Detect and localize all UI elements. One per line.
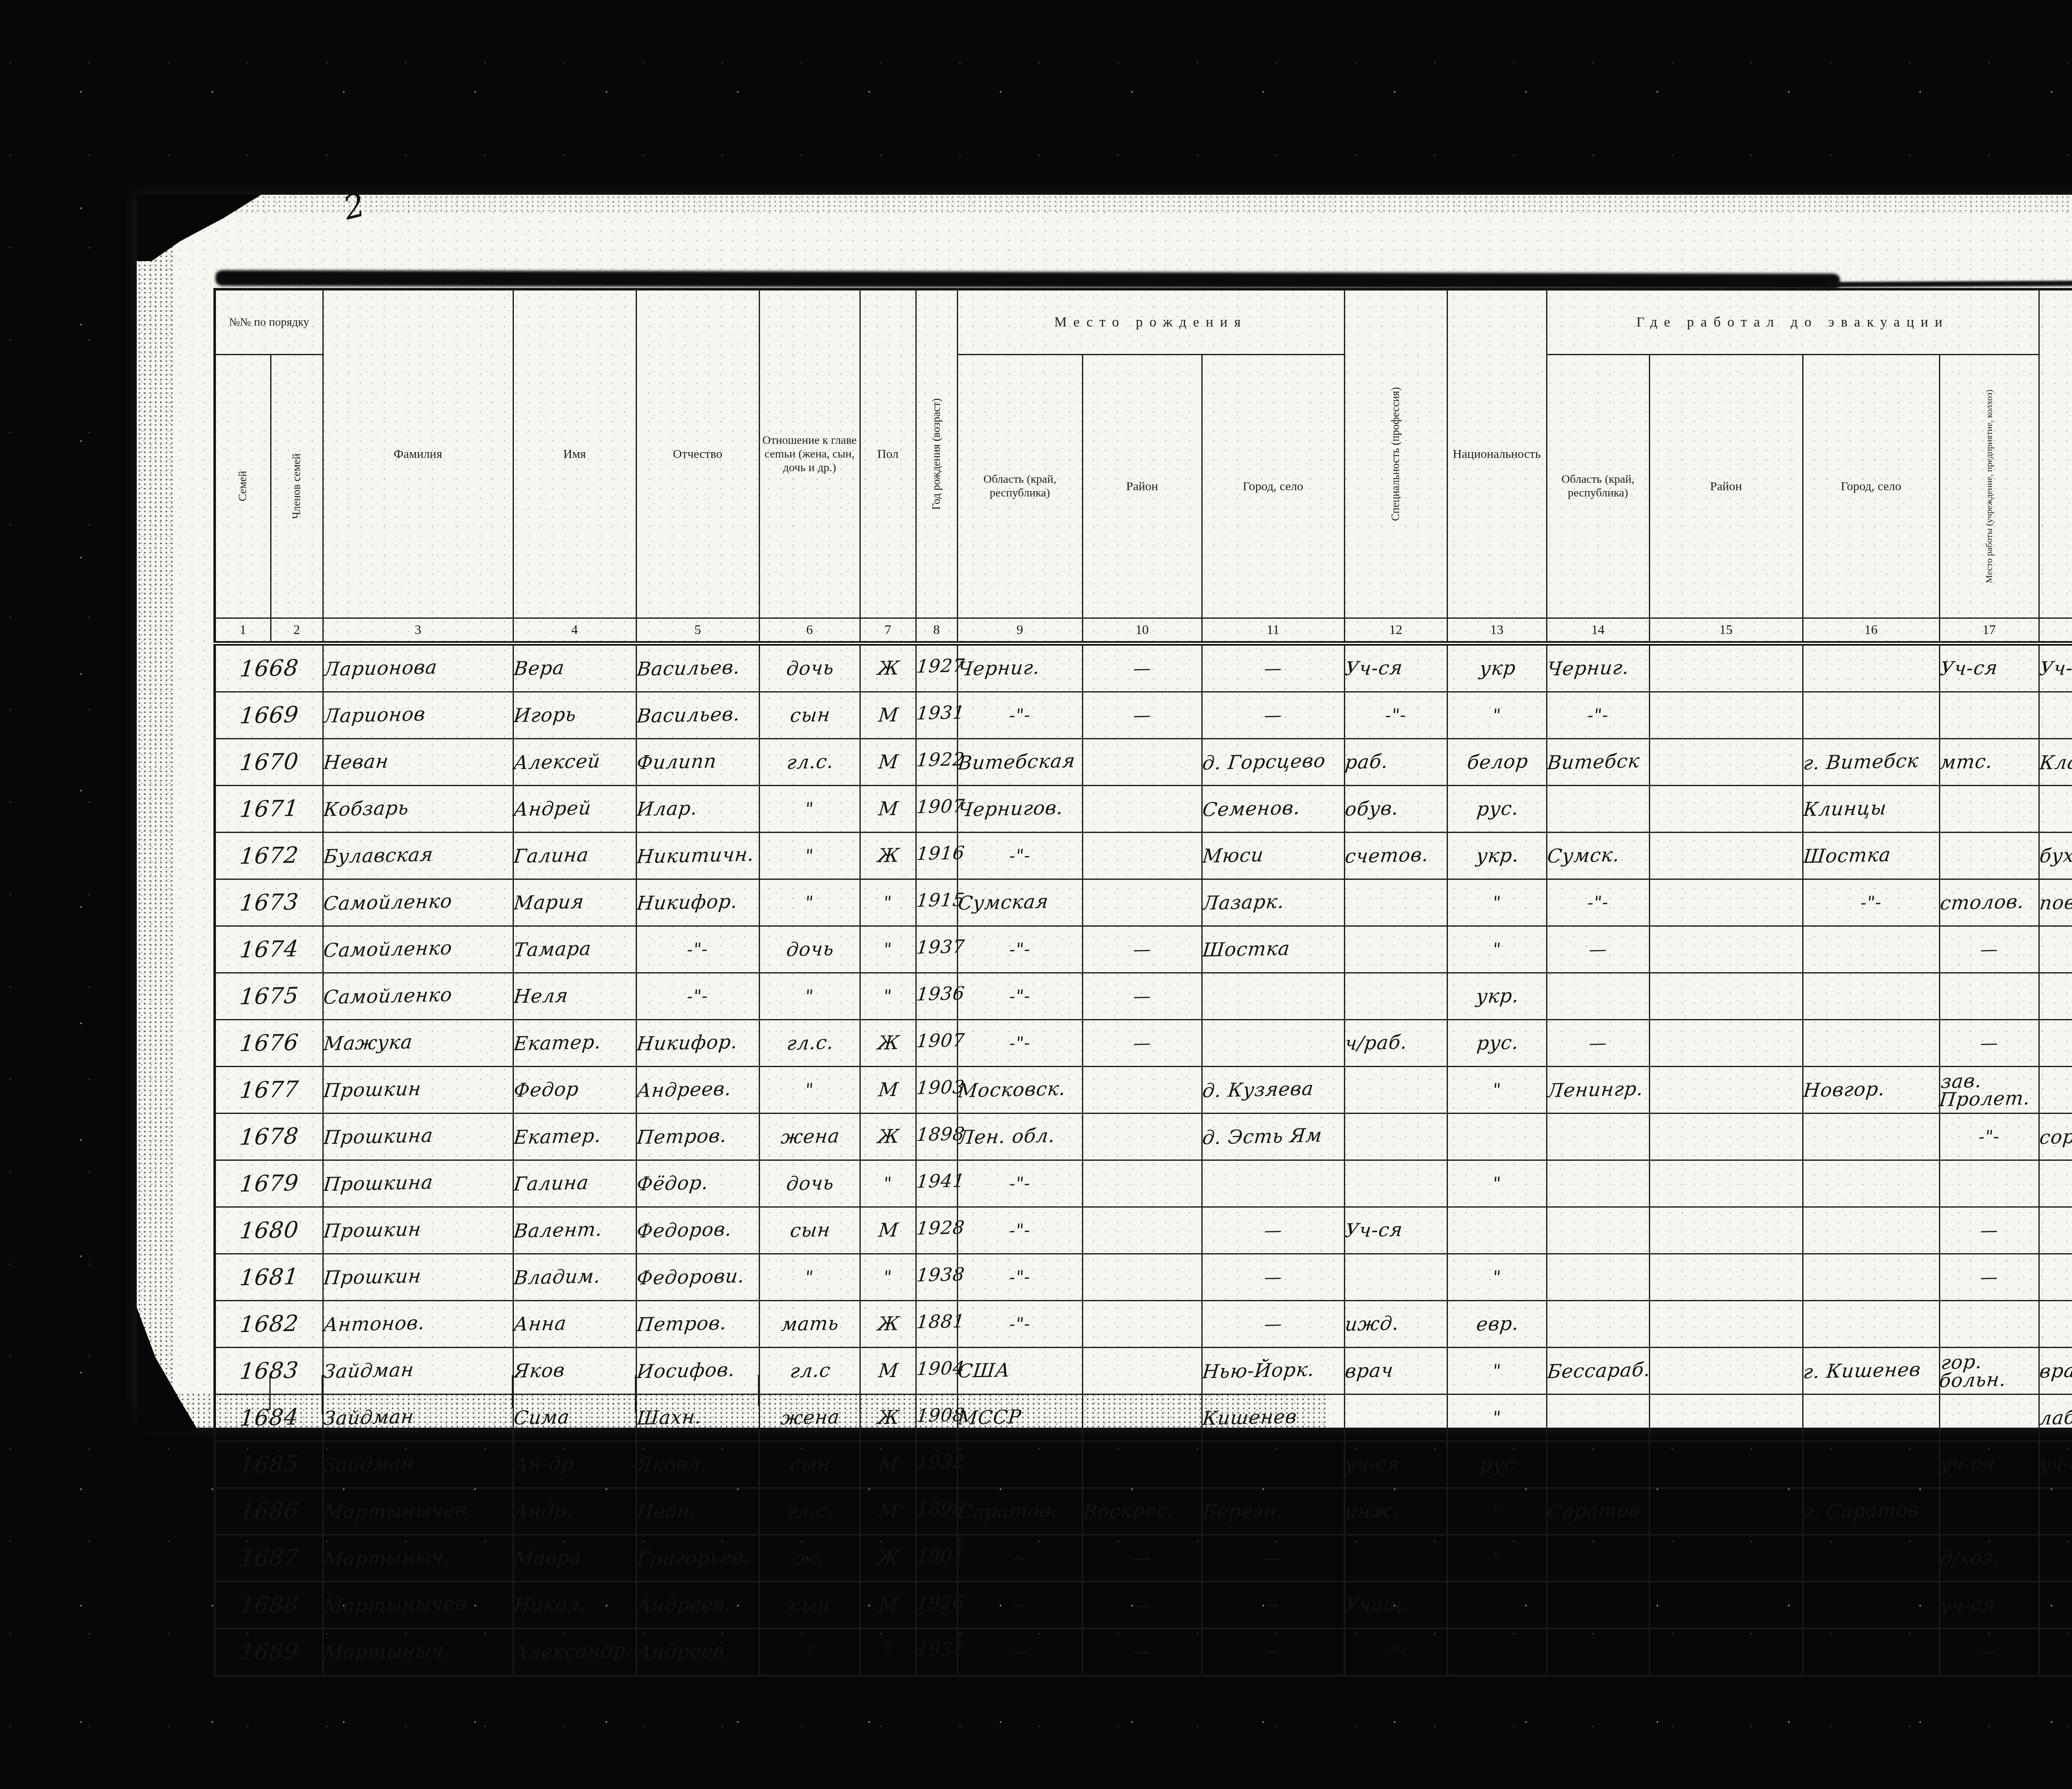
cell-surname: Самойленко (323, 879, 513, 926)
cell-work_oblast: Витебск (1547, 738, 1649, 785)
cell-birth_year: 1931 (916, 1628, 957, 1676)
cell-work_city (1803, 926, 1939, 973)
edge-noise (137, 195, 2072, 213)
cell-surname: Неван (323, 738, 513, 785)
table-row: 1677ПрошкинФедорАндреев."М1903Московск.д… (215, 1066, 2072, 1113)
cell-birth_raion: — (1082, 1628, 1202, 1676)
column-number: 2 (271, 618, 323, 643)
cell-work_oblast (1547, 1535, 1649, 1581)
cell-sex: Ж (860, 1300, 916, 1347)
cell-nationality (1447, 1628, 1547, 1676)
cell-birth_year: 1927 (916, 643, 957, 692)
cell-work_raion (1649, 1347, 1803, 1394)
cell-surname: Зайдман (323, 1394, 513, 1441)
header-patronymic: Отчество (636, 289, 759, 618)
cell-name: Екатер. (513, 1113, 636, 1160)
cell-patronymic: Андреев. (636, 1066, 759, 1113)
cell-patronymic: Яковл. (636, 1441, 759, 1488)
column-number: 4 (513, 618, 636, 643)
cell-sex: " (860, 879, 916, 926)
header-work-city: Город, село (1803, 355, 1939, 618)
table-row: 1675СамойленкоНеля-"-""1936-"-—укр. (215, 973, 2072, 1019)
cell-surname: Прошкин (323, 1066, 513, 1113)
cell-specialty: врач (1344, 1347, 1447, 1394)
cell-name: Ан-др (513, 1441, 636, 1488)
cell-no: 1689 (215, 1628, 323, 1676)
cell-birth_raion: — (1082, 1581, 1202, 1628)
cell-work_raion (1649, 1535, 1803, 1581)
cell-sex: М (860, 1441, 916, 1488)
cell-nationality: " (1447, 926, 1547, 973)
cell-relation: дочь (759, 1160, 860, 1207)
cell-sex: " (860, 1628, 916, 1676)
cell-work_place (1939, 692, 2039, 738)
cell-specialty: обув. (1344, 785, 1447, 832)
cell-specialty: -"- (1344, 692, 1447, 738)
cell-relation: " (759, 879, 860, 926)
cell-job (2039, 785, 2072, 832)
cell-patronymic: Васильев. (636, 643, 759, 692)
cell-birth_year: 1932 (916, 1441, 957, 1488)
cell-birth_oblast: Лен. обл. (957, 1113, 1082, 1160)
cell-job: лабор. (2039, 1394, 2072, 1441)
cell-surname: Прошкин (323, 1254, 513, 1300)
cell-specialty: счетов. (1344, 832, 1447, 879)
cell-work_raion (1649, 973, 1803, 1019)
table-row: 1672БулавскаяГалинаНикитичн."Ж1916-"-Мюс… (215, 832, 2072, 879)
cell-work_oblast (1547, 1254, 1649, 1300)
cell-no: 1679 (215, 1160, 323, 1207)
table-row: 1670НеванАлексейФилиппгл.с.М1922Витебска… (215, 738, 2072, 785)
torn-corner (137, 195, 261, 261)
cell-work_raion (1649, 1254, 1803, 1300)
cell-work_oblast (1547, 1441, 1649, 1488)
cell-work_oblast (1547, 1628, 1649, 1676)
cell-birth_oblast: МССР (957, 1394, 1082, 1441)
table-row: 1668ЛарионоваВераВасильев.дочьЖ1927Черни… (215, 643, 2072, 692)
cell-birth_raion: — (1082, 1019, 1202, 1066)
cell-birth_raion (1082, 738, 1202, 785)
cell-name: Галина (513, 1160, 636, 1207)
cell-specialty (1344, 1066, 1447, 1113)
cell-specialty: -"- (1344, 1628, 1447, 1676)
cell-nationality: " (1447, 1488, 1547, 1535)
header-member-no: Членов семей (271, 355, 323, 618)
cell-relation: дочь (759, 926, 860, 973)
table-row: 1676МажукаЕкатер.Никифор.гл.с.Ж1907-"-—ч… (215, 1019, 2072, 1066)
cell-name: Александр. (513, 1628, 636, 1676)
cell-no: 1676 (215, 1019, 323, 1066)
cell-birth_city: Семенов. (1202, 785, 1344, 832)
cell-no: 1688 (215, 1581, 323, 1628)
cell-birth_raion (1082, 1347, 1202, 1394)
cell-nationality: " (1447, 1254, 1547, 1300)
header-birth-city: Город, село (1202, 355, 1344, 618)
cell-work_place (1939, 832, 2039, 879)
cell-work_raion (1649, 1160, 1803, 1207)
cell-specialty: ижд. (1344, 1300, 1447, 1347)
cell-job (2039, 1254, 2072, 1300)
cell-specialty (1344, 973, 1447, 1019)
cell-relation: ж. (759, 1535, 860, 1581)
cell-surname: Мартыныч. (323, 1628, 513, 1676)
cell-patronymic: -"- (636, 973, 759, 1019)
cell-work_city (1803, 973, 1939, 1019)
cell-sex: Ж (860, 1535, 916, 1581)
cell-birth_city: Шостка (1202, 926, 1344, 973)
cell-birth_raion (1082, 1394, 1202, 1441)
header-birth-year: Год рождения (возраст) (916, 289, 957, 618)
cell-work_place: — (1939, 1254, 2039, 1300)
column-number: 10 (1082, 618, 1202, 643)
scanned-document: { "page": { "number_annotation": "462", … (0, 0, 2072, 1789)
cell-work_city (1803, 1207, 1939, 1254)
header-family-no: Семей (215, 355, 271, 618)
table-row: 1686МартынычевАндр.Иван.гл.с.М1898Сарато… (215, 1488, 2072, 1535)
cell-name: Мавра (513, 1535, 636, 1581)
cell-birth_oblast (957, 1441, 1082, 1488)
cell-specialty (1344, 1394, 1447, 1441)
cell-nationality: укр (1447, 643, 1547, 692)
cell-patronymic: Федоров. (636, 1207, 759, 1254)
cell-nationality: " (1447, 692, 1547, 738)
cell-work_oblast: — (1547, 926, 1649, 973)
cell-specialty (1344, 1535, 1447, 1581)
table-row: 1685ЗайдманАн-дрЯковл.сынМ1932уч-сярусуч… (215, 1441, 2072, 1488)
cell-nationality: рус. (1447, 1019, 1547, 1066)
cell-work_raion (1649, 1066, 1803, 1113)
cell-sex: М (860, 1488, 916, 1535)
cell-relation: сын (759, 1207, 860, 1254)
cell-relation: сын (759, 1441, 860, 1488)
table-row: 1671КобзарьАндрейИлар."М1907Чернигов.Сем… (215, 785, 2072, 832)
column-number: 9 (957, 618, 1082, 643)
cell-patronymic: Фёдор. (636, 1160, 759, 1207)
column-number: 18 (2039, 618, 2072, 643)
cell-work_city (1803, 1300, 1939, 1347)
column-number: 15 (1649, 618, 1803, 643)
cell-work_place: зав. Пролет. (1939, 1066, 2039, 1113)
column-number: 6 (759, 618, 860, 643)
cell-sex: Ж (860, 1113, 916, 1160)
cell-surname: Самойленко (323, 926, 513, 973)
cell-birth_city (1202, 973, 1344, 1019)
cell-birth_oblast: Сумская (957, 879, 1082, 926)
cell-sex: М (860, 1581, 916, 1628)
cell-work_place: гор. больн. (1939, 1347, 2039, 1394)
header-birth-place-group: Место рождения (957, 289, 1344, 355)
cell-work_city (1803, 1535, 1939, 1581)
cell-name: Вера (513, 643, 636, 692)
table-row: 1682Антонов.АннаПетров.матьЖ1881-"-—ижд.… (215, 1300, 2072, 1347)
cell-surname: Прошкин (323, 1207, 513, 1254)
header-group-row: №№ по порядку Фамилия Имя Отчество Отнош… (215, 289, 2072, 355)
header-work-group: Где работал до эвакуации (1547, 289, 2039, 355)
header-specialty: Специальность (профессия) (1344, 289, 1447, 618)
cell-birth_city: — (1202, 692, 1344, 738)
cell-nationality: " (1447, 879, 1547, 926)
cell-birth_oblast: Черниг. (957, 643, 1082, 692)
cell-no: 1682 (215, 1300, 323, 1347)
cell-specialty (1344, 1254, 1447, 1300)
cell-patronymic: Федорови. (636, 1254, 759, 1300)
cell-work_raion (1649, 692, 1803, 738)
cell-work_place (1939, 1160, 2039, 1207)
cell-specialty (1344, 926, 1447, 973)
cell-patronymic: Никифор. (636, 1019, 759, 1066)
cell-sex: М (860, 692, 916, 738)
cell-birth_city: Нью-Йорк. (1202, 1347, 1344, 1394)
cell-patronymic: Васильев. (636, 692, 759, 738)
cell-name: Сима (513, 1394, 636, 1441)
cell-surname: Зайдман (323, 1347, 513, 1394)
cell-nationality: " (1447, 1394, 1547, 1441)
cell-relation: " (759, 785, 860, 832)
header-work-raion: Район (1649, 355, 1803, 618)
cell-work_raion (1649, 1488, 1803, 1535)
cell-no: 1670 (215, 738, 323, 785)
cell-birth_year: 1881 (916, 1300, 957, 1347)
cell-work_place: мтс. (1939, 738, 2039, 785)
cell-name: Владим. (513, 1254, 636, 1300)
cell-patronymic: Никифор. (636, 879, 759, 926)
cell-nationality: рус (1447, 1441, 1547, 1488)
cell-name: Неля (513, 973, 636, 1019)
cell-birth_raion (1082, 1066, 1202, 1113)
cell-birth_oblast: Саратов. (957, 1488, 1082, 1535)
cell-no: 1684 (215, 1394, 323, 1441)
cell-no: 1683 (215, 1347, 323, 1394)
cell-birth_year: 1907 (916, 785, 957, 832)
cell-work_place (1939, 1488, 2039, 1535)
cell-birth_oblast: Чернигов. (957, 785, 1082, 832)
cell-work_raion (1649, 643, 1803, 692)
cell-no: 1678 (215, 1113, 323, 1160)
cell-nationality: " (1447, 1535, 1547, 1581)
cell-job (2039, 1300, 2072, 1347)
cell-job: сортир. (2039, 1113, 2072, 1160)
cell-work_place: — (1939, 1207, 2039, 1254)
cell-work_city (1803, 1581, 1939, 1628)
cell-sex: " (860, 1254, 916, 1300)
table-row: 1674СамойленкоТамара-"-дочь"1937-"-—Шост… (215, 926, 2072, 973)
cell-work_city (1803, 1254, 1939, 1300)
cell-birth_year: 1938 (916, 1254, 957, 1300)
cell-sex: Ж (860, 643, 916, 692)
header-name: Имя (513, 289, 636, 618)
cell-nationality: рус. (1447, 785, 1547, 832)
cell-surname: Прошкина (323, 1160, 513, 1207)
cell-nationality (1447, 1581, 1547, 1628)
cell-no: 1672 (215, 832, 323, 879)
column-number: 1 (215, 618, 271, 643)
column-number: 16 (1803, 618, 1939, 643)
cell-job (2039, 1160, 2072, 1207)
cell-sex: М (860, 738, 916, 785)
cell-job: уч-ся (2039, 1441, 2072, 1488)
cell-name: Андр. (513, 1488, 636, 1535)
cell-specialty: Уч-ся (1344, 1207, 1447, 1254)
cell-work_place (1939, 785, 2039, 832)
cell-birth_raion (1082, 785, 1202, 832)
column-number: 13 (1447, 618, 1547, 643)
cell-birth_raion (1082, 1207, 1202, 1254)
cell-name: Анна (513, 1300, 636, 1347)
cell-birth_city: — (1202, 1535, 1344, 1581)
cell-work_city (1803, 692, 1939, 738)
cell-job: Кладовщ. (2039, 738, 2072, 785)
cell-specialty: Уч-ся (1344, 643, 1447, 692)
cell-work_raion (1649, 1628, 1803, 1676)
cell-birth_oblast: -"- (957, 692, 1082, 738)
cell-job: — (2039, 1535, 2072, 1581)
table-row: 1669ЛарионовИгорьВасильев.сынМ1931-"-——-… (215, 692, 2072, 738)
cell-job: — (2039, 1581, 2072, 1628)
cell-work_city (1803, 1160, 1939, 1207)
cell-work_raion (1649, 1441, 1803, 1488)
cell-no: 1677 (215, 1066, 323, 1113)
cell-work_city (1803, 1441, 1939, 1488)
cell-no: 1686 (215, 1488, 323, 1535)
cell-patronymic: Илар. (636, 785, 759, 832)
cell-surname: Прошкина (323, 1113, 513, 1160)
cell-relation: гл.с. (759, 1488, 860, 1535)
cell-birth_raion: — (1082, 926, 1202, 973)
cell-birth_city (1202, 1019, 1344, 1066)
cell-specialty: уч-ся (1344, 1441, 1447, 1488)
cell-birth_oblast: -"- (957, 832, 1082, 879)
cell-birth_city: — (1202, 1207, 1344, 1254)
cell-patronymic: -"- (636, 926, 759, 973)
cell-relation: гл.с. (759, 1019, 860, 1066)
cell-work_oblast (1547, 973, 1649, 1019)
cell-name: Валент. (513, 1207, 636, 1254)
cell-birth_oblast: — (957, 1628, 1082, 1676)
cell-surname: Булавская (323, 832, 513, 879)
cell-patronymic: Петров. (636, 1113, 759, 1160)
cell-name: Галина (513, 832, 636, 879)
cell-sex: М (860, 1066, 916, 1113)
scan-smudge (215, 270, 1840, 289)
cell-work_oblast: -"- (1547, 879, 1649, 926)
cell-patronymic: Иван. (636, 1488, 759, 1535)
cell-name: Яков (513, 1347, 636, 1394)
cell-birth_oblast: -"- (957, 1019, 1082, 1066)
cell-patronymic: Андреев. (636, 1581, 759, 1628)
cell-birth_year: 1903 (916, 1066, 957, 1113)
cell-job: — (2039, 1207, 2072, 1254)
cell-work_oblast (1547, 1160, 1649, 1207)
cell-work_city: г. Кишенев (1803, 1347, 1939, 1394)
cell-work_city: Клинцы (1803, 785, 1939, 832)
cell-birth_city: Березн. (1202, 1488, 1344, 1535)
column-number: 17 (1939, 618, 2039, 643)
cell-specialty: инж. (1344, 1488, 1447, 1535)
cell-work_oblast: -"- (1547, 692, 1649, 738)
cell-patronymic: Филипп (636, 738, 759, 785)
cell-patronymic: Андреев. (636, 1628, 759, 1676)
column-number: 8 (916, 618, 957, 643)
cell-work_place: — (1939, 1019, 2039, 1066)
cell-job: повар. (2039, 879, 2072, 926)
cell-work_city: г. Витебск (1803, 738, 1939, 785)
cell-nationality: белор (1447, 738, 1547, 785)
evacuation-register-table: №№ по порядку Фамилия Имя Отчество Отнош… (213, 288, 2072, 1677)
cell-work_place: уч-ся (1939, 1441, 2039, 1488)
header-birth-oblast: Область (край, республика) (957, 355, 1082, 618)
cell-work_place (1939, 973, 2039, 1019)
cell-surname: Мажука (323, 1019, 513, 1066)
cell-work_oblast: Черниг. (1547, 643, 1649, 692)
cell-birth_city: — (1202, 1254, 1344, 1300)
column-number-row: 12345678910111213141516171819 (215, 618, 2072, 643)
cell-work_raion (1649, 926, 1803, 973)
cell-surname: Ларионов (323, 692, 513, 738)
cell-birth_city: Кишенев (1202, 1394, 1344, 1441)
cell-patronymic: Шахн. (636, 1394, 759, 1441)
cell-birth_city: Мюси (1202, 832, 1344, 879)
cell-birth_city: ~ (1202, 1581, 1344, 1628)
cell-name: Никол. (513, 1581, 636, 1628)
cell-work_raion (1649, 1207, 1803, 1254)
cell-work_raion (1649, 1300, 1803, 1347)
cell-work_place: д/хоз. (1939, 1535, 2039, 1581)
header-birth-raion: Район (1082, 355, 1202, 618)
table-row: 1679ПрошкинаГалинаФёдор.дочь"1941-"-" (215, 1160, 2072, 1207)
table-row: 1683ЗайдманЯковИосифов.гл.сМ1904СШАНью-Й… (215, 1347, 2072, 1394)
cell-nationality (1447, 1113, 1547, 1160)
cell-work_city (1803, 1113, 1939, 1160)
table-row: 1688МартынычевНикол.Андреев.сынМ1926~—~У… (215, 1581, 2072, 1628)
cell-birth_oblast: -"- (957, 1207, 1082, 1254)
cell-birth_oblast: Московск. (957, 1066, 1082, 1113)
cell-birth_year: 1916 (916, 832, 957, 879)
cell-job (2039, 1488, 2072, 1535)
cell-work_city (1803, 1394, 1939, 1441)
cell-no: 1674 (215, 926, 323, 973)
column-number: 7 (860, 618, 916, 643)
cell-birth_raion: — (1082, 692, 1202, 738)
cell-nationality: укр. (1447, 973, 1547, 1019)
cell-birth_year: 1937 (916, 926, 957, 973)
cell-birth_raion: — (1082, 1535, 1202, 1581)
cell-work_place (1939, 1300, 2039, 1347)
cell-specialty: раб. (1344, 738, 1447, 785)
cell-work_raion (1649, 1581, 1803, 1628)
cell-sex: М (860, 785, 916, 832)
cell-birth_raion: Воскрес. (1082, 1488, 1202, 1535)
cell-work_raion (1649, 879, 1803, 926)
cell-work_raion (1649, 1394, 1803, 1441)
cell-birth_oblast: -"- (957, 1254, 1082, 1300)
header-nationality: Националь­ность (1447, 289, 1547, 618)
cell-relation: жена (759, 1113, 860, 1160)
cell-sex: Ж (860, 832, 916, 879)
cell-patronymic: Иосифов. (636, 1347, 759, 1394)
cell-work_city: Новгор. (1803, 1066, 1939, 1113)
cell-birth_year: 1922 (916, 738, 957, 785)
cell-work_raion (1649, 1019, 1803, 1066)
cell-birth_raion (1082, 1254, 1202, 1300)
cell-birth_raion (1082, 832, 1202, 879)
header-relation: Отношение к главе се­mьи (жена, сын, доч… (759, 289, 860, 618)
cell-work_oblast (1547, 1207, 1649, 1254)
cell-birth_oblast: ~ (957, 1535, 1082, 1581)
table-row: 1684ЗайдманСимаШахн.женаЖ1908МССРКишенев… (215, 1394, 2072, 1441)
cell-birth_year: 1908 (916, 1394, 957, 1441)
cell-work_oblast (1547, 1113, 1649, 1160)
cell-birth_raion (1082, 1160, 1202, 1207)
